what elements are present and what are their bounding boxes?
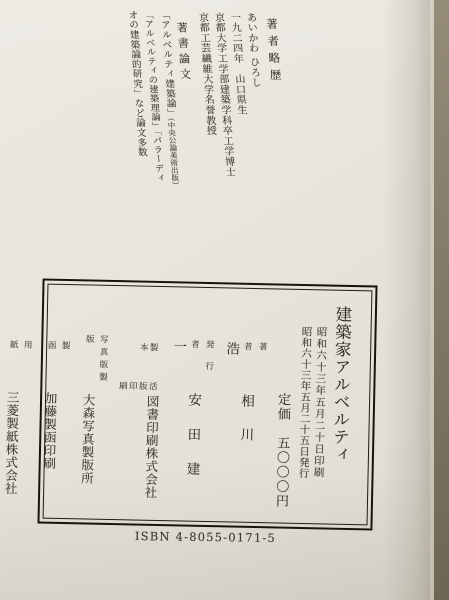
entry-label: 活版印刷	[117, 381, 157, 395]
entry-value: 図書印刷株式会社	[143, 395, 160, 499]
entry-label: 製本	[118, 342, 159, 380]
entry-label: 著者	[238, 342, 269, 395]
book-page: 著者略歴 あいかわ ひろし 一九二四年 山口県生 京都大学工学部建築学科卒工学博…	[0, 0, 434, 600]
entry-publisher-person: 発行者安田建一	[167, 302, 217, 514]
page-edge-highlight	[430, 0, 434, 600]
entry-label: 発行者	[185, 340, 216, 394]
entry-label: 製函	[43, 341, 72, 393]
entry-label-dual: 活版印刷製本	[117, 344, 158, 395]
print-date: 昭和六十三年五月二十日印刷	[311, 305, 328, 516]
entry-photo-plate: 写真版製版大森写真製版所	[79, 300, 111, 512]
entry-label: 用紙	[5, 340, 34, 392]
work-publisher-note: （中央公論美術出版）	[167, 118, 181, 189]
colophon-content: 建築家アルベルティ 昭和六十三年五月二十日印刷 昭和六十三年五月二十五日発行 定…	[45, 286, 371, 524]
entry-label: 写真版製版	[81, 334, 110, 394]
entry-printer: 活版印刷製本図書印刷株式会社	[115, 301, 161, 513]
isbn-text: ISBN 4-8055-0171-5	[40, 528, 371, 547]
entry-value: 大森写真製版所	[79, 393, 96, 484]
price-line: 定価 五〇〇〇円	[272, 304, 292, 515]
colophon-box: 建築家アルベルティ 昭和六十三年五月二十日印刷 昭和六十三年五月二十五日発行 定…	[37, 279, 377, 531]
entry-author: 著者相川 浩	[220, 303, 270, 515]
photo-scene: 著者略歴 あいかわ ひろし 一九二四年 山口県生 京都大学工学部建築学科卒工学博…	[0, 0, 449, 600]
entry-paper: 用紙三菱製紙株式会社	[3, 299, 35, 511]
colophon-inner-border: 建築家アルベルティ 昭和六十三年五月二十日印刷 昭和六十三年五月二十五日発行 定…	[43, 284, 373, 526]
book-title: 建築家アルベルティ	[329, 306, 352, 517]
entry-value: 加藤製函印刷	[42, 392, 59, 470]
entry-case-maker: 製函加藤製函印刷	[41, 300, 73, 512]
entry-value: 三菱製紙株式会社	[3, 391, 20, 495]
author-bio-block: 著者略歴 あいかわ ひろし 一九二四年 山口県生 京都大学工学部建築学科卒工学博…	[125, 10, 293, 225]
